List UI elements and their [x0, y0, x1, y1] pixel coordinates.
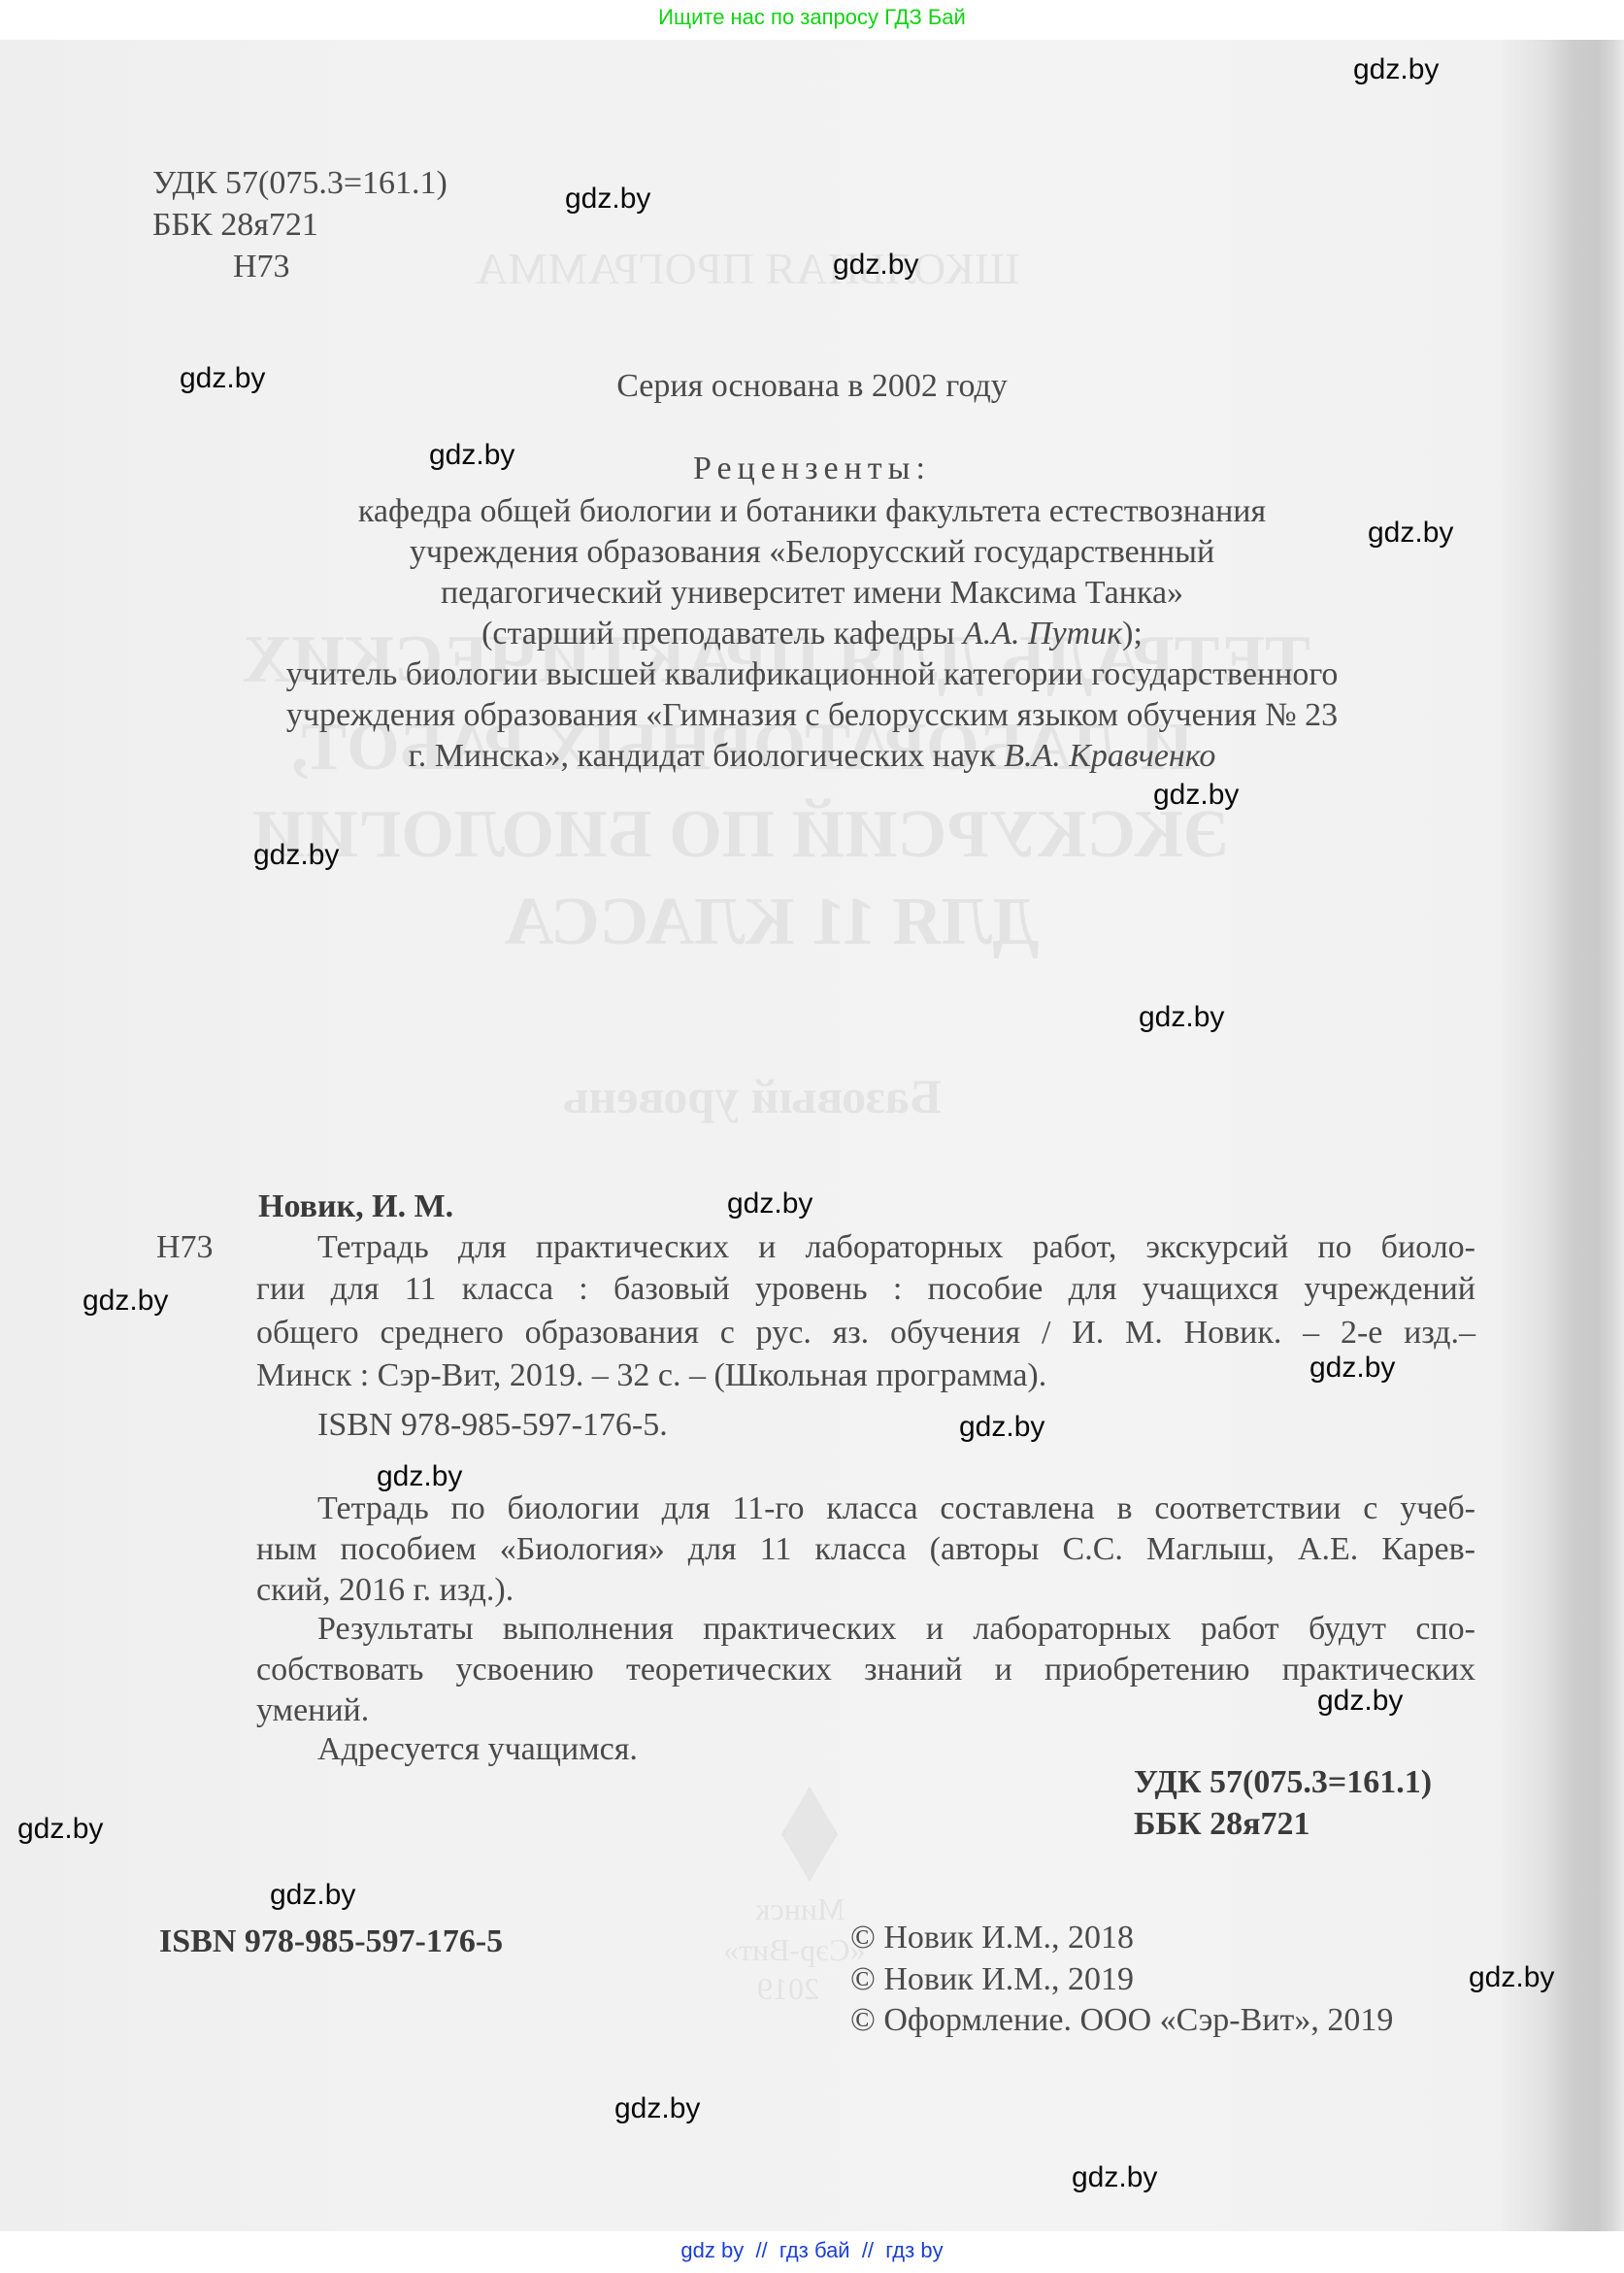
reviewer-line: учитель биологии высшей квалификационной… [0, 654, 1624, 695]
annotation-line: умений. [256, 1690, 369, 1731]
watermark: gdz.by [180, 362, 265, 395]
watermark: gdz.by [1139, 1001, 1224, 1034]
reviewer-1-prefix: (старший преподаватель кафедры [481, 616, 963, 652]
watermark: gdz.by [1317, 1685, 1403, 1718]
reviewer-1-suffix: ); [1122, 616, 1143, 652]
reviewer-1-name: А.А. Путик [963, 616, 1122, 652]
reviewer-2-name: В.А. Кравченко [1004, 738, 1215, 774]
annotation-line: Результаты выполнения практических и лаб… [317, 1609, 1475, 1650]
bbk-code: ББК 28я721 [152, 205, 318, 246]
isbn-bold: ISBN 978-985-597-176-5 [159, 1922, 503, 1962]
watermark: gdz.by [727, 1187, 812, 1220]
annotation-line: Тетрадь по биологии для 11-го класса сос… [317, 1488, 1475, 1529]
watermark: gdz.by [565, 183, 650, 216]
reviewer-line: педагогический университет имени Максима… [0, 573, 1624, 614]
bib-description-line: Тетрадь для практических и лабораторных … [317, 1227, 1475, 1268]
watermark: gdz.by [1153, 779, 1239, 812]
bleed-imprint-year: 2019 [757, 1971, 819, 2007]
bleed-level: Базовый уровень [563, 1068, 942, 1124]
annotation-audience: Адресуется учащимся. [317, 1729, 638, 1770]
bib-mark: Н73 [156, 1227, 214, 1268]
reviewer-2-prefix: г. Минска», кандидат биологических наук [409, 738, 1005, 774]
bleed-imprint-publisher: «Сэр-Вит» [723, 1932, 866, 1968]
watermark: gdz.by [429, 439, 514, 472]
watermark: gdz.by [1469, 1961, 1554, 1994]
bleed-title-line-3: ЭКСКУРСИЙ ПО БИОЛОГИИ [252, 796, 1229, 874]
reviewers-heading: Рецензенты: [0, 449, 1624, 489]
watermark: gdz.by [1368, 517, 1453, 550]
watermark: gdz.by [17, 1813, 103, 1846]
udk-code: УДК 57(075.3=161.1) [152, 163, 447, 204]
reviewer-1-credit: (старший преподаватель кафедры А.А. Пути… [0, 614, 1624, 654]
watermark: gdz.by [253, 839, 339, 872]
watermark: gdz.by [1353, 53, 1439, 86]
bleed-series: ШКОЛЬНАЯ ПРОГРАММА [476, 243, 1019, 294]
reviewer-2-credit: г. Минска», кандидат биологических наук … [0, 736, 1624, 777]
copyright-line: © Новик И.М., 2019 [850, 1959, 1134, 2000]
bib-description-line: гии для 11 класса : базовый уровень : по… [256, 1269, 1475, 1310]
watermark: gdz.by [614, 2092, 700, 2125]
watermark: gdz.by [959, 1411, 1044, 1444]
watermark: gdz.by [833, 249, 918, 282]
bleed-title-line-4: ДЛЯ 11 КЛАССА [505, 884, 1039, 961]
copyright-line: © Оформление. ООО «Сэр-Вит», 2019 [850, 2000, 1393, 2041]
annotation-line: собствовать усвоению теоретических знани… [256, 1650, 1475, 1690]
watermark: gdz.by [1309, 1352, 1395, 1385]
watermark: gdz.by [1072, 2161, 1157, 2194]
site-footer: gdz by // гдз бай // гдз by [0, 2231, 1624, 2273]
watermark: gdz.by [270, 1879, 355, 1912]
bib-description-line: общего среднего образования с рус. яз. о… [256, 1313, 1475, 1354]
watermark: gdz.by [83, 1285, 168, 1318]
reviewer-line: учреждения образования «Гимназия с белор… [0, 695, 1624, 736]
bottom-udk-code: УДК 57(075.3=161.1) [1134, 1762, 1432, 1803]
bib-description-line: Минск : Сэр-Вит, 2019. – 32 с. – (Школьн… [256, 1355, 1046, 1396]
annotation-line: ным пособием «Биология» для 11 класса (а… [256, 1529, 1475, 1570]
bottom-bbk-code: ББК 28я721 [1134, 1804, 1310, 1845]
bib-author: Новик, И. М. [258, 1187, 453, 1227]
search-banner: Ищите нас по запросу ГДЗ Бай [0, 0, 1624, 40]
annotation-line: ский, 2016 г. изд.). [256, 1570, 514, 1611]
author-mark: Н73 [233, 247, 290, 287]
watermark: gdz.by [377, 1460, 462, 1493]
copyright-line: © Новик И.М., 2018 [850, 1918, 1134, 1958]
bib-isbn: ISBN 978-985-597-176-5. [317, 1405, 668, 1446]
bleed-imprint-city: Минск [755, 1891, 845, 1927]
